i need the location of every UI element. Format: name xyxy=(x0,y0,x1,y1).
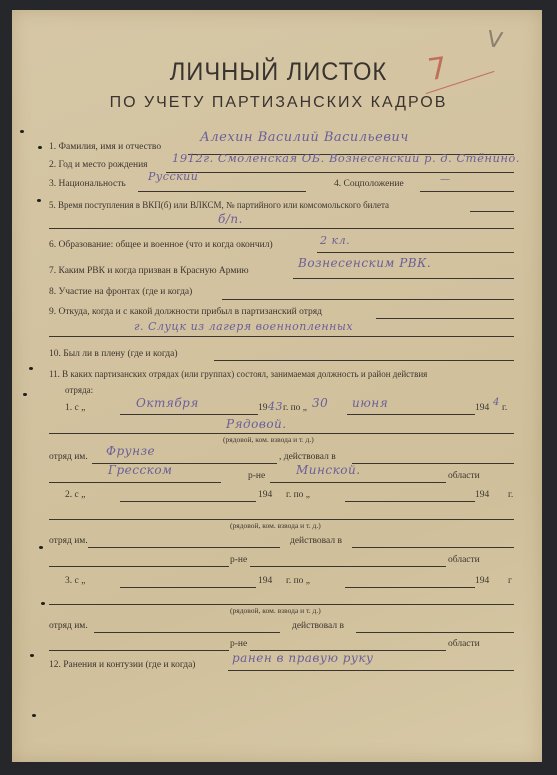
field-line xyxy=(270,482,446,483)
field-label-social: 4. Соцположение xyxy=(334,179,404,189)
field-line xyxy=(49,604,514,605)
field-line xyxy=(470,211,514,212)
entry3-region-label: области xyxy=(448,639,480,649)
field-line xyxy=(49,482,221,483)
punch-hole xyxy=(32,714,36,717)
field-label-arrival: 9. Откуда, когда и с какой должности при… xyxy=(49,307,322,317)
entry1-region[interactable]: Минской. xyxy=(296,463,361,477)
entry1-to-month[interactable]: июня xyxy=(352,396,388,410)
field-line xyxy=(347,414,475,415)
field-line xyxy=(228,670,514,671)
field-line xyxy=(293,278,514,279)
page-title: ЛИЧНЫЙ ЛИСТОК xyxy=(14,58,543,87)
entry1-from-month[interactable]: Октября xyxy=(136,396,199,410)
field-value-party[interactable]: б/п. xyxy=(218,212,243,226)
field-line xyxy=(166,172,514,173)
field-line xyxy=(49,650,229,651)
entry3-to-label: г. по „ xyxy=(286,576,310,586)
punch-hole xyxy=(20,130,24,133)
entry1-position[interactable]: Рядовой. xyxy=(226,417,287,431)
field-value-name[interactable]: Алехин Василий Васильевич xyxy=(200,130,409,145)
field-line xyxy=(138,191,306,192)
punch-hole xyxy=(41,602,45,605)
field-line xyxy=(356,632,514,633)
field-line xyxy=(352,463,514,464)
entry3-position-note: (рядовой, ком. взвода и т. д.) xyxy=(230,606,321,615)
field-line xyxy=(420,191,514,192)
field-value-wounds[interactable]: ранен в правую руку xyxy=(232,651,374,665)
entry1-district-label: р-не xyxy=(248,471,265,481)
field-line xyxy=(120,501,256,502)
entry2-num: 2. с „ xyxy=(65,490,85,500)
entry2-year-suffix: г. xyxy=(508,490,513,500)
field-label-birth: 2. Год и место рождения xyxy=(49,160,148,170)
field-line xyxy=(49,433,514,434)
entry1-from-year[interactable]: 43 xyxy=(268,400,283,413)
entry3-from-year: 194 xyxy=(258,576,272,586)
field-label-education: 6. Образование: общее и военное (что и к… xyxy=(49,240,273,250)
field-line xyxy=(49,566,229,567)
entry1-unit[interactable]: Фрунзе xyxy=(106,444,155,458)
field-label-party: 5. Время поступления в ВКП(б) или ВЛКСМ,… xyxy=(49,200,389,210)
punch-hole xyxy=(23,393,27,396)
entry3-to-year: 194 xyxy=(475,576,489,586)
field-value-arrival[interactable]: г. Слуцк из лагеря военнопленных xyxy=(134,320,353,333)
entry2-from-year: 194 xyxy=(258,490,272,500)
entry2-position-note: (рядовой, ком. взвода и т. д.) xyxy=(230,521,321,530)
entry2-unit-label: отряд им. xyxy=(49,536,88,546)
field-label-captivity: 10. Был ли в плену (где и когда) xyxy=(49,349,178,359)
field-label-units-cont: отряда: xyxy=(65,385,93,395)
punch-hole xyxy=(38,146,42,149)
field-line xyxy=(94,632,280,633)
field-value-social[interactable]: — xyxy=(440,174,451,185)
punch-hole xyxy=(30,654,34,657)
field-line xyxy=(376,318,514,319)
field-line xyxy=(120,414,258,415)
field-line xyxy=(120,587,256,588)
field-line xyxy=(345,587,475,588)
field-value-education[interactable]: 2 кл. xyxy=(320,234,350,247)
entry3-unit-label: отряд им. xyxy=(49,621,88,631)
entry1-to-year[interactable]: 4 xyxy=(493,397,500,408)
field-line xyxy=(250,566,446,567)
field-label-conscription: 7. Каким РВК и когда призван в Красную А… xyxy=(49,266,249,276)
page-subtitle: ПО УЧЕТУ ПАРТИЗАНСКИХ КАДРОВ xyxy=(0,94,557,112)
entry1-num: 1. с „ xyxy=(65,403,85,413)
entry2-region-label: области xyxy=(448,555,480,565)
field-value-birth[interactable]: 1912г. Смоленская ОБ. Вознесенский р. д.… xyxy=(172,151,520,165)
punch-hole xyxy=(39,546,43,549)
field-line xyxy=(222,299,514,300)
entry1-region-label: области xyxy=(448,471,480,481)
punch-hole xyxy=(37,199,41,202)
entry3-year-suffix: г xyxy=(508,576,512,586)
field-line xyxy=(317,252,514,253)
field-label-nationality: 3. Национальность xyxy=(49,179,126,189)
field-line xyxy=(345,501,475,502)
field-line xyxy=(49,519,514,520)
field-value-nationality[interactable]: Русский xyxy=(148,170,198,183)
punch-hole xyxy=(29,367,33,370)
field-line xyxy=(352,547,514,548)
entry2-to-label: г. по „ xyxy=(286,490,310,500)
field-line xyxy=(88,547,280,548)
field-label-name: 1. Фамилия, имя и отчество xyxy=(49,142,161,152)
field-value-conscription[interactable]: Вознесенским РВК. xyxy=(298,256,431,270)
entry1-to-day[interactable]: 30 xyxy=(312,396,328,410)
field-line xyxy=(214,360,514,361)
entry2-to-year: 194 xyxy=(475,490,489,500)
entry1-from-year-prefix: 19 xyxy=(258,403,268,413)
entry1-district[interactable]: Гресском xyxy=(108,463,173,477)
entry1-position-note: (рядовой, ком. взвода и т. д.) xyxy=(223,435,314,444)
entry2-district-label: р-не xyxy=(230,555,247,565)
entry1-year-suffix: г. xyxy=(502,403,507,413)
field-label-units: 11. В каких партизанских отрядах (или гр… xyxy=(49,369,427,379)
field-label-fronts: 8. Участие на фронтах (где и когда) xyxy=(49,287,192,297)
field-label-wounds: 12. Ранения и контузии (где и когда) xyxy=(49,660,195,670)
entry3-district-label: р-не xyxy=(230,639,247,649)
entry3-num: 3. с „ xyxy=(65,576,85,586)
field-line xyxy=(49,336,514,337)
entry1-to-year-prefix: 194 xyxy=(475,403,489,413)
entry2-acted-label: действовал в xyxy=(290,536,342,546)
field-line xyxy=(49,228,514,229)
entry1-to-label: г. по „ xyxy=(283,403,307,413)
entry3-acted-label: действовал в xyxy=(292,621,344,631)
entry1-acted-label: , действовал в xyxy=(279,452,336,462)
entry1-unit-label: отряд им. xyxy=(49,452,88,462)
